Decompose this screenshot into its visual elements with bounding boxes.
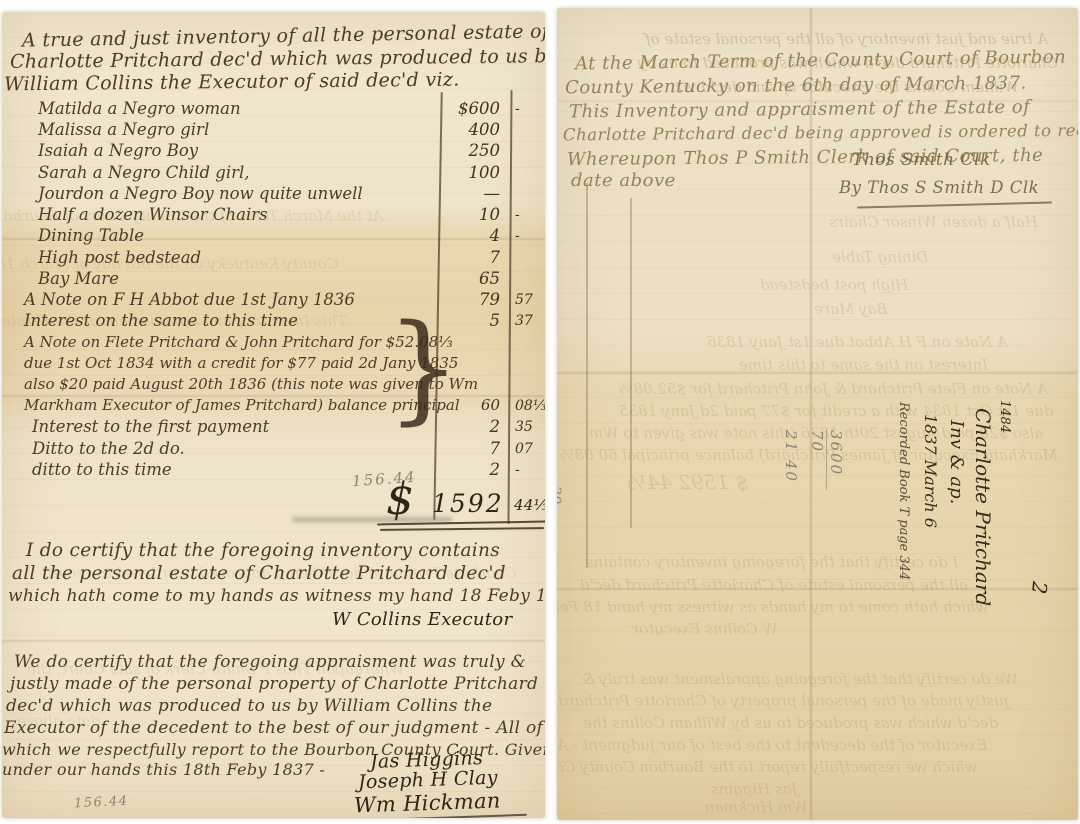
docket-date: 1837 March 6 [921,414,940,596]
item-description: Interest on the same to this time [24,311,298,330]
inventory-row: Malissa a Negro girl400 [2,120,545,141]
item-cents: 35 [515,419,545,435]
item-description: Isaiah a Negro Boy [38,141,198,160]
inventory-row: Markham Executor of James Pritchard) bal… [2,396,545,417]
pencil-calc-line: 70 [808,430,827,490]
item-dollars: $600 [438,99,500,118]
item-dollars: 7 [438,439,500,458]
item-dollars: 10 [438,205,500,224]
bleedthrough-line: We do certify that the foregoing apprais… [581,670,1018,688]
item-description: Bay Mare [38,269,119,288]
bleedthrough-line: Dining Table [832,248,928,266]
certification-line: I do certify that the foregoing inventor… [26,540,500,561]
appraiser-signature: Wm Hickman [354,788,501,817]
certification-line: all the personal estate of Charlotte Pri… [12,563,506,584]
item-description: Matilda a Negro woman [38,99,241,118]
item-description: Sarah a Negro Child girl, [38,163,250,182]
bleedthrough-column-rule [586,183,588,568]
inventory-row: Matilda a Negro woman$600- [2,99,545,120]
item-description: Jourdon a Negro Boy now quite unwell [38,184,363,203]
bleedthrough-line: A true and just inventory of all the per… [645,30,1048,48]
total-currency-symbol: $ [386,474,414,525]
item-dollars: 400 [438,120,500,139]
item-description: A Note on F H Abbot due 1st Jany 1836 [24,290,355,309]
item-dollars: 4 [438,226,500,245]
item-description: Malissa a Negro girl [38,120,209,139]
court-order-page: A true and just inventory of all the per… [557,8,1078,820]
docket-name: Charlotte Pritchard [971,408,995,596]
appraisal-line: dec'd which was produced to us by Willia… [6,696,492,716]
appraisal-line: Executor of the decedent to the best of … [4,718,543,738]
inventory-row: Jourdon a Negro Boy now quite unwell— [2,184,545,205]
inventory-row: Isaiah a Negro Boy250 [2,141,545,162]
pencil-calculations: 3600 70 21 40 [782,430,845,590]
inventory-row: Bay Mare65 [2,269,545,290]
graphite-smear [292,517,452,522]
inventory-row: High post bedstead7 [2,248,545,269]
ink-flourish-mark: 2 [1027,580,1052,595]
inventory-row: Dining Table4- [2,226,545,247]
pencil-note-bottom: 156.44 [74,794,129,812]
inventory-row: A Note on F H Abbot due 1st Jany 1836795… [2,290,545,311]
bleedthrough-line: $ 1592 44⅓ [627,470,748,494]
bleedthrough-line: Executor of the decedent to the best of … [557,736,988,754]
appraisal-line: under our hands this 18th Feby 1837 - [2,760,325,779]
certification-line: which hath come to my hands as witness m… [8,586,545,606]
bleedthrough-line: Bay Mare [814,300,888,318]
inventory-row: Ditto to the 2d do.707 [2,439,545,460]
item-cents: 08⅓ [515,398,545,414]
bleedthrough-line: which hath come to my hands as witness m… [557,598,988,616]
inventory-page: At the March Term of the County Court of… [2,12,545,818]
item-cents: - [515,228,545,244]
executor-signature: W Collins Executor [332,609,512,630]
docket-panel: 1484 Charlotte Pritchard Inv & ap. 1837 … [896,390,1012,596]
docket-number: 1484 [997,400,1012,596]
bleedthrough-line: dec'd which was produced to us by Willia… [583,714,998,732]
bleedthrough-line: which we respectfully report to the Bour… [557,758,978,776]
item-dollars: 2 [438,460,500,479]
inventory-row: Half a dozen Winsor Chairs10- [2,205,545,226]
item-dollars: 7 [438,248,500,267]
appraisal-line: We do certify that the foregoing apprais… [14,652,526,672]
note-brace: } [386,308,461,426]
bleedthrough-line: Wm Hickman [705,798,808,816]
item-description: Half a dozen Winsor Chairs [38,205,268,224]
pencil-calc-line: 21 40 [782,430,800,590]
total-dollars: 1592 [432,489,504,518]
item-cents: - [515,207,545,223]
item-dollars: 65 [438,269,500,288]
pencil-calc-line: 3600 [827,430,845,590]
fold-crease [2,640,545,642]
bleedthrough-line: Interest on the same to this time [739,356,988,374]
bleedthrough-column-rule [630,198,632,528]
item-description: Ditto to the 2d do. [32,439,185,458]
inventory-row: Interest to the first payment235 [2,417,545,438]
inventory-row: A Note on Flete Pritchard & John Pritcha… [2,333,545,354]
bleedthrough-line: High post bedstead [760,276,908,294]
docket-label: Inv & ap. [946,420,967,596]
item-dollars: 250 [438,141,500,160]
clerk-signature: Thos Smith Clk [852,150,991,170]
inventory-row: due 1st Oct 1834 with a credit for $77 p… [2,354,545,375]
item-dollars: — [438,184,500,203]
item-cents: 07 [515,441,545,457]
appraisal-line: justly made of the personal property of … [10,674,538,694]
photo-background: At the March Term of the County Court of… [0,0,1080,824]
item-description: Dining Table [38,226,144,245]
bleedthrough-line: W Collins Executor [632,620,778,638]
inventory-row: also $20 paid August 20th 1836 (this not… [2,375,545,396]
item-description: High post bedstead [38,248,201,267]
inventory-row: ditto to this time2- [2,460,545,481]
item-description: ditto to this time [32,460,172,479]
total-cents: 44⅓ [514,496,545,514]
docket-pencil-note: Recorded Book T page 344 [896,402,911,596]
bleedthrough-line: A Note on F H Abbot due 1st Jany 1836 [707,333,1008,351]
pencil-margin-note: 20 [557,486,563,504]
deputy-clerk-signature: By Thos S Smith D Clk [839,178,1039,197]
item-cents: 57 [515,292,545,308]
bleedthrough-line: Half a dozen Winsor Chairs [829,213,1038,231]
bleedthrough-line: Jas Higgins [711,780,798,798]
item-cents: - [515,462,545,478]
item-cents: - [515,101,545,117]
item-description: Interest to the first payment [32,417,269,436]
item-dollars: 100 [438,163,500,182]
item-cents: 37 [515,313,545,329]
inventory-row: Sarah a Negro Child girl,100 [2,163,545,184]
bleedthrough-line: justly made of the personal property of … [558,692,1008,710]
inventory-row: Interest on the same to this time537 [2,311,545,332]
